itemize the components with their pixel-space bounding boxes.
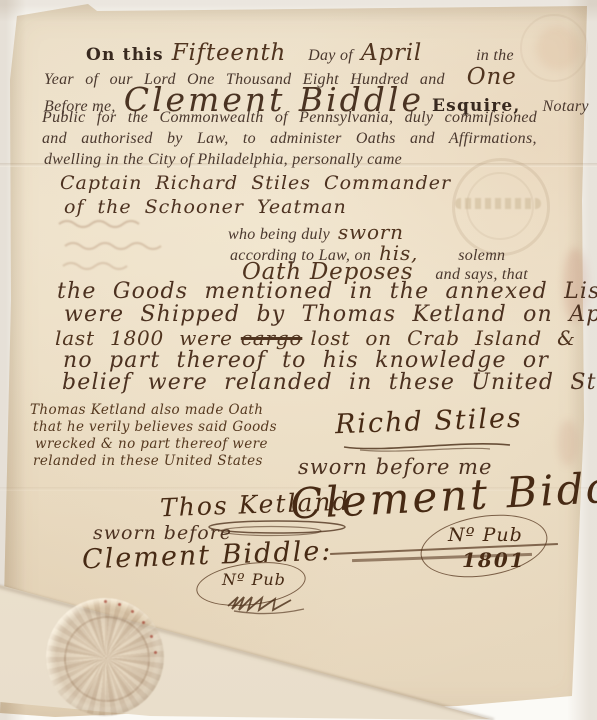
text-segment: On this [86,45,164,65]
text-segment: Notary [543,98,589,115]
text-segment: Fifteenth [172,40,286,66]
deposition-line-1: the Goods mentioned in the annexed List [57,279,597,304]
party-line-1: Captain Richard Stiles Commander [60,172,451,194]
notary-mark-left: Nº Pub [222,570,286,589]
text-segment: and authorised by Law, to administer Oat… [42,130,537,147]
text-segment: dwelling in the City of Philadelphia, pe… [44,151,402,168]
notary-year: 1801 [462,548,526,572]
notary-paraph-scribble [224,592,316,614]
header-line-5: and authorised by Law, to administer Oat… [42,130,545,148]
text-segment: last 1800 were [55,326,233,350]
ketland-note-line-3: wrecked & no part thereof were [35,436,268,452]
ink-bleed-through [55,214,185,276]
text-segment: lost on Crab Island & [310,326,575,350]
notary-mark-right: Nº Pub [448,524,523,546]
seal-red-fleck [150,635,153,638]
text-segment: in the [476,47,514,64]
seal-red-fleck [131,610,134,613]
seal-red-fleck [104,600,107,603]
deposition-line-2: were Shipped by Thomas Ketland on April [64,302,597,327]
scanned-document: On thisFifteenthDay ofAprilin the Year o… [0,0,597,720]
header-line-1: On thisFifteenthDay ofAprilin the [86,40,522,66]
header-line-6: dwelling in the City of Philadelphia, pe… [44,151,410,169]
seal-red-fleck [154,651,157,654]
ketland-note-line-2: that he verily believes said Goods [33,419,277,435]
text-segment: Day of [308,47,353,64]
text-segment: April [361,40,422,66]
text-segment: cargo [241,326,303,350]
text-segment: Public for the Commonwealth of Pennsylva… [42,109,537,126]
header-line-4: Public for the Commonwealth of Pennsylva… [42,109,545,127]
party-line-2: of the Schooner Yeatman [64,196,347,218]
seal-red-fleck [142,621,145,624]
seal-inner-ring [64,616,150,702]
signature-flourish [340,438,515,454]
ketland-note-line-4: relanded in these United States [33,453,263,469]
signature-richard-stiles: Richd Stiles [335,403,524,441]
ketland-note-line-1: Thomas Ketland also made Oath [30,402,263,418]
deposition-line-5: belief were relanded in these United Sta… [62,370,597,395]
seal-red-fleck [118,603,121,606]
embossed-seal [46,598,164,716]
